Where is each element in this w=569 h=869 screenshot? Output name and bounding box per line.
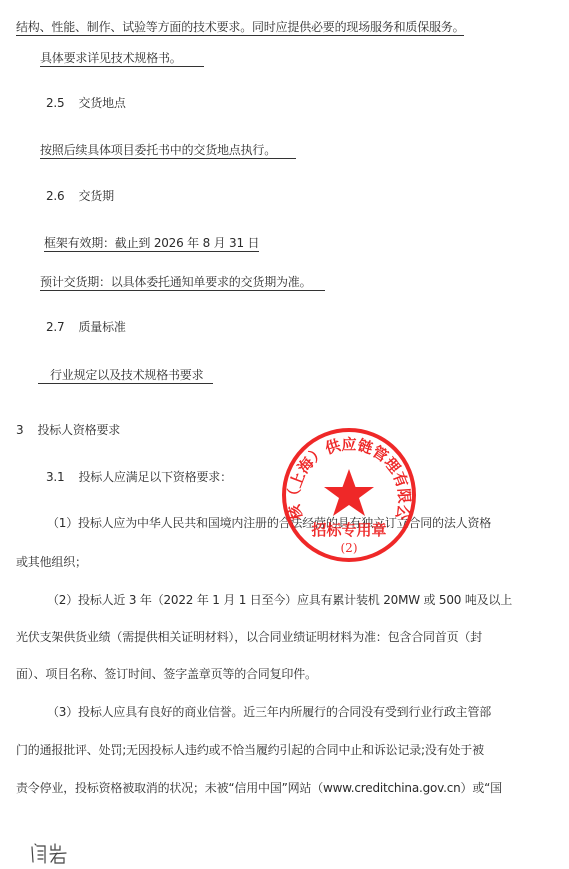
body-text-line: 按照后续具体项目委托书中的交货地点执行。	[40, 143, 296, 157]
section-heading-3: 3投标人资格要求	[16, 423, 120, 437]
paragraph-line: 责令停业，投标资格被取消的状况；未被“信用中国”网站（www.creditchi…	[16, 781, 502, 795]
section-title: 投标人应满足以下资格要求：	[78, 470, 231, 484]
section-heading-3-1: 3.1投标人应满足以下资格要求：	[46, 470, 232, 484]
section-number: 2.7	[46, 320, 64, 334]
body-text-line: 预计交货期：以具体委托通知单要求的交货期为准。	[40, 275, 325, 289]
paragraph-text: 门的通报批评、处罚;无因投标人违约或不恰当履约引起的合同中止和诉讼记录;没有处于…	[16, 743, 484, 757]
body-text-line: 具体要求详见技术规格书。	[40, 51, 204, 65]
paragraph-text: 责令停业，投标资格被取消的状况；未被“信用中国”网站（www.creditchi…	[16, 781, 502, 795]
underlined-text: 预计交货期：以具体委托通知单要求的交货期为准。	[40, 275, 325, 291]
paragraph-text: 面）、项目名称、签订时间、签字盖章页等的合同复印件。	[16, 667, 317, 681]
section-number: 2.5	[46, 96, 64, 110]
section-heading-2-5: 2.5交货地点	[46, 96, 126, 110]
section-heading-2-6: 2.6交货期	[46, 189, 114, 203]
paragraph-line: 门的通报批评、处罚;无因投标人违约或不恰当履约引起的合同中止和诉讼记录;没有处于…	[16, 743, 484, 757]
paragraph-line: （1）投标人应为中华人民共和国境内注册的合法经营的具有独立订立合同的法人资格	[47, 516, 491, 530]
paragraph-line: （2）投标人近 3 年（2022 年 1 月 1 日至今）应具有累计装机 20M…	[47, 593, 512, 607]
paragraph-text: （1）投标人应为中华人民共和国境内注册的合法经营的具有独立订立合同的法人资格	[47, 516, 491, 530]
underlined-text: 按照后续具体项目委托书中的交货地点执行。	[40, 143, 296, 159]
body-text-line: 结构、性能、制作、试验等方面的技术要求。同时应提供必要的现场服务和质保服务。	[16, 20, 464, 34]
section-number: 2.6	[46, 189, 64, 203]
seal-icon: 中核（上海）供应链管理有限公司 招标专用章 (2)	[281, 427, 417, 563]
paragraph-text: 或其他组织；	[16, 555, 87, 569]
section-title: 投标人资格要求	[37, 423, 120, 437]
paragraph-line: （3）投标人应具有良好的商业信誉。近三年内所履行的合同没有受到行业行政主管部	[47, 705, 491, 719]
section-heading-2-7: 2.7质量标准	[46, 320, 126, 334]
underlined-text: 行业规定以及技术规格书要求	[38, 368, 213, 384]
paragraph-text: 光伏支架供货业绩（需提供相关证明材料），以合同业绩证明材料为准：包含合同首页（封	[16, 630, 482, 644]
paragraph-text: （2）投标人近 3 年（2022 年 1 月 1 日至今）应具有累计装机 20M…	[47, 593, 512, 607]
body-text-line: 框架有效期：截止到 2026 年 8 月 31 日	[44, 236, 259, 250]
company-seal-stamp: 中核（上海）供应链管理有限公司 招标专用章 (2)	[281, 427, 417, 563]
underlined-text: 框架有效期：截止到 2026 年 8 月 31 日	[44, 236, 259, 252]
paragraph-line: 面）、项目名称、签订时间、签字盖章页等的合同复印件。	[16, 667, 317, 681]
body-text-line: 行业规定以及技术规格书要求	[38, 368, 213, 382]
seal-ring-text: 中核（上海）供应链管理有限公司	[281, 427, 413, 523]
paragraph-line: 或其他组织；	[16, 555, 87, 569]
svg-text:中核（上海）供应链管理有限公司: 中核（上海）供应链管理有限公司	[281, 427, 413, 523]
underlined-text: 具体要求详见技术规格书。	[40, 51, 204, 67]
section-title: 交货期	[78, 189, 113, 203]
paragraph-line: 光伏支架供货业绩（需提供相关证明材料），以合同业绩证明材料为准：包含合同首页（封	[16, 630, 482, 644]
signature-icon	[28, 840, 78, 868]
section-title: 质量标准	[78, 320, 125, 334]
seal-number: (2)	[341, 541, 358, 555]
underlined-text: 结构、性能、制作、试验等方面的技术要求。同时应提供必要的现场服务和质保服务。	[16, 20, 464, 36]
section-number: 3.1	[46, 470, 64, 484]
section-number: 3	[16, 423, 23, 437]
paragraph-text: （3）投标人应具有良好的商业信誉。近三年内所履行的合同没有受到行业行政主管部	[47, 705, 491, 719]
handwritten-signature	[28, 840, 78, 868]
section-title: 交货地点	[78, 96, 125, 110]
